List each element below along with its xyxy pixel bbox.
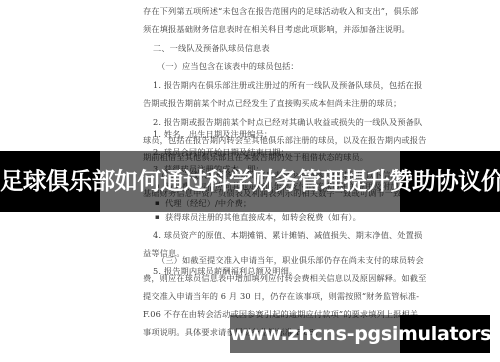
watermark: www.zhcns-pgsimulators.org <box>230 315 490 353</box>
page-title: 足球俱乐部如何通过科学财务管理提升赞助协议价值与效果 <box>0 151 500 212</box>
doc-line: 须在填报基础财务信息表时在相关科目考虑此项影响，并添加备注说明。 <box>143 23 410 35</box>
doc-line: 2. 报告期或报告期前某个时点已经对其确认收益或损失的一线队及预备队 <box>153 116 422 128</box>
doc-line: 费，则应在球员信息表中增加填列应付转会费相关信息以及原因解释。如截至 <box>143 272 426 284</box>
list-item: 1. 姓名、出生日期及注册编号； <box>153 128 272 140</box>
watermark-url: www.zhcns-pgsimulators.org <box>230 315 490 353</box>
doc-line: 提交准入申请当年的 6 月 30 日，仍存在该事项，则需按照“财务监管标准- <box>143 290 419 302</box>
bullet-item: 获得球员注册的其他直接成本，如转会税费（如有）。 <box>165 211 361 223</box>
doc-line: 1. 报告期内在俱乐部注册或注册过的所有一线队及预备队球员，包括在报 <box>153 79 422 91</box>
subsection-heading: （三）如截至提交准入申请当年，职业俱乐部仍存在尚未支付的球员转会 <box>157 254 424 266</box>
doc-line: 告期或报告期前某个时点已经发生了直接购买成本但尚未注册的球员； <box>143 97 401 109</box>
list-item: 4. 球员资产的原值、本期摊销、累计摊销、减值损失、期末净值、处置损 <box>153 229 422 241</box>
doc-line: 存在下列第五项所述“未包含在报告范围内的足球活动收入和支出”，俱乐部 <box>143 5 418 17</box>
title-banner: 足球俱乐部如何通过科学财务管理提升赞助协议价值与效果 <box>0 151 500 212</box>
subsection-heading: （一）应当包含在该表中的球员包括： <box>157 60 299 72</box>
section-heading: 二、一线队及预备队球员信息表 <box>153 42 270 54</box>
